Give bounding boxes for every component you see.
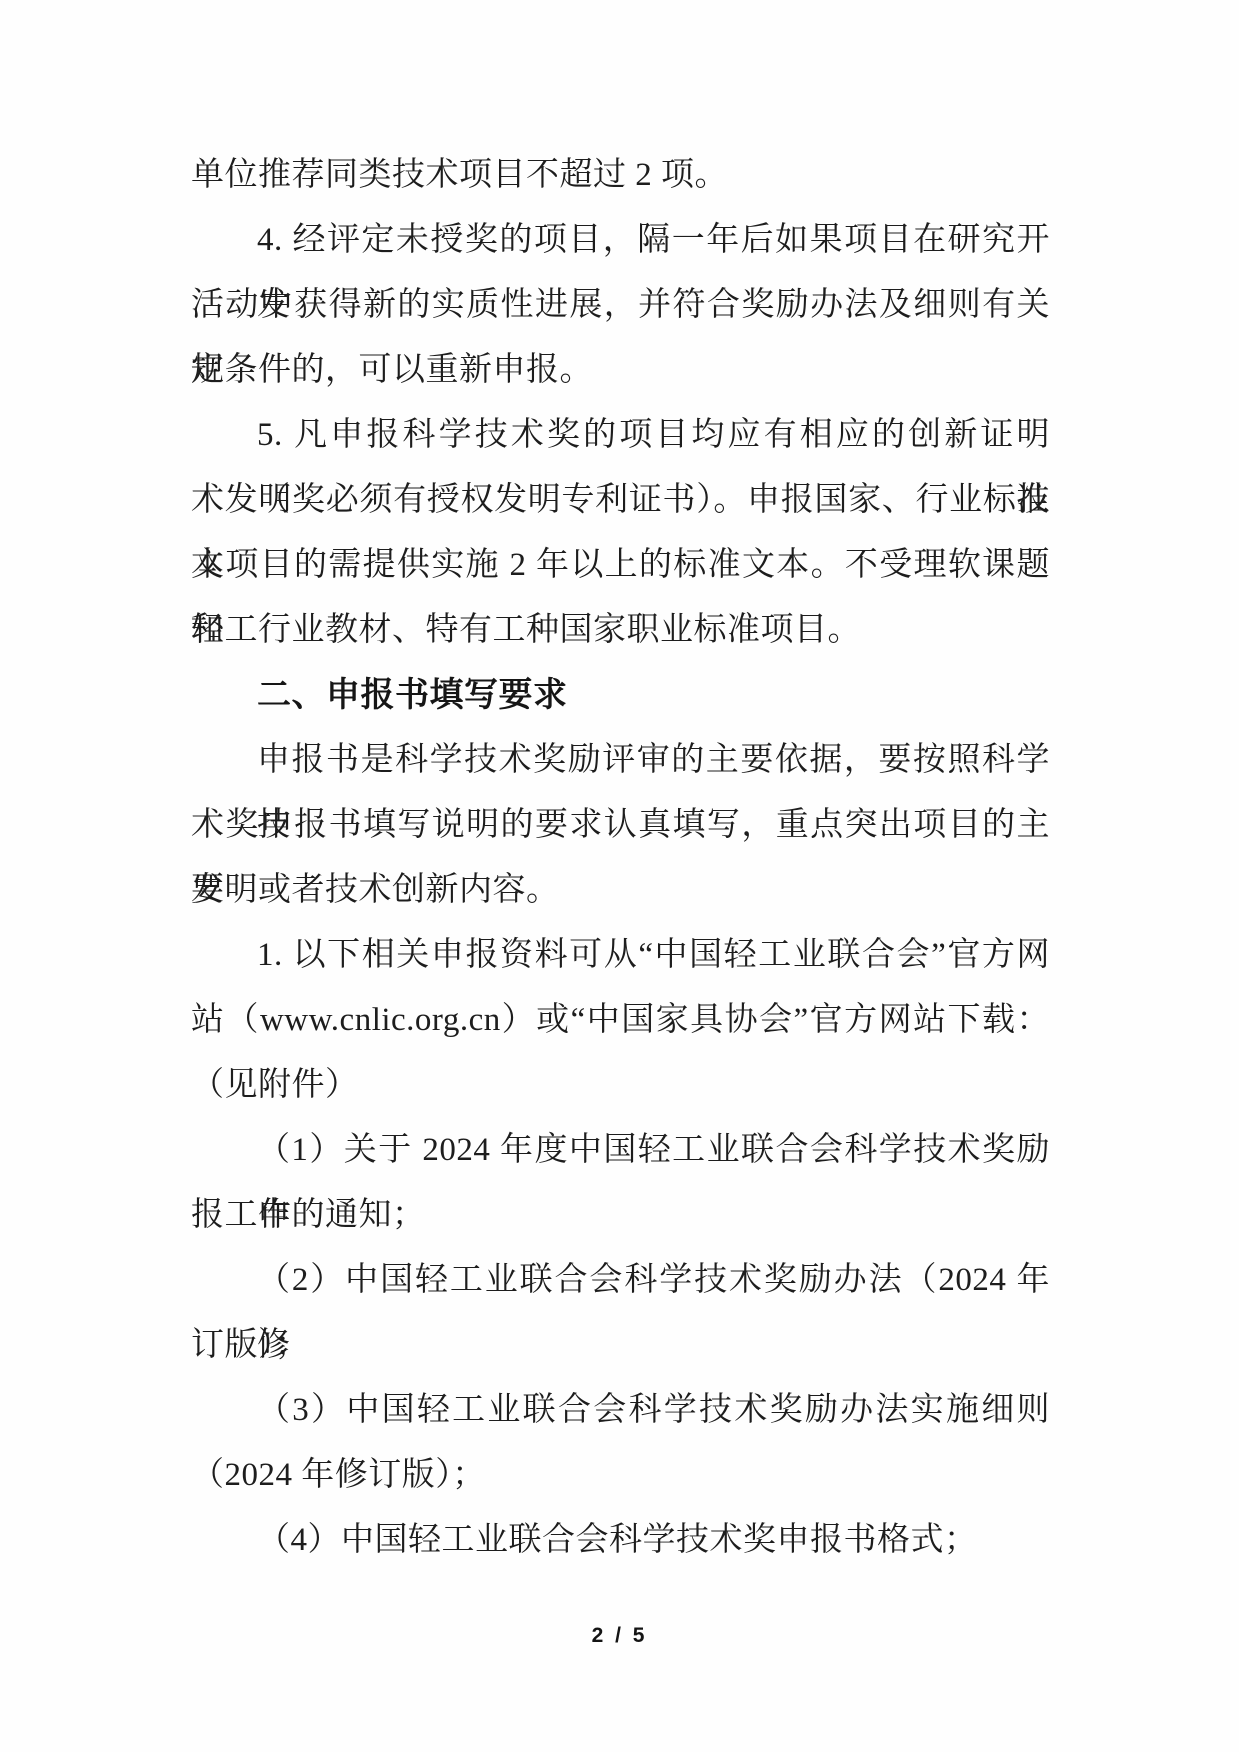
body-line: 4. 经评定未授奖的项目，隔一年后如果项目在研究开发 — [191, 208, 1050, 273]
body-line: 定条件的，可以重新申报。 — [191, 338, 1050, 403]
attachment-item-line: （4）中国轻工业联合会科学技术奖申报书格式； — [191, 1508, 1050, 1573]
attachment-item-line: 报工作的通知； — [191, 1183, 1050, 1248]
body-line: 5. 凡申报科学技术奖的项目均应有相应的创新证明（技 — [191, 403, 1050, 468]
body-line: 术奖申报书填写说明的要求认真填写，重点突出项目的主要 — [191, 793, 1050, 858]
body-line-with-url: 站（www.cnlic.org.cn）或“中国家具协会”官方网站下载： — [191, 988, 1050, 1053]
body-line: 活动中获得新的实质性进展，并符合奖励办法及细则有关规 — [191, 273, 1050, 338]
body-line: 术发明奖必须有授权发明专利证书）。申报国家、行业标准文 — [191, 468, 1050, 533]
body-line: 轻工行业教材、特有工种国家职业标准项目。 — [191, 598, 1050, 663]
body-line: 单位推荐同类技术项目不超过 2 项。 — [191, 143, 1050, 208]
body-line: （见附件） — [191, 1053, 1050, 1118]
document-body: 单位推荐同类技术项目不超过 2 项。 4. 经评定未授奖的项目，隔一年后如果项目… — [191, 143, 1050, 1573]
body-line: 1. 以下相关申报资料可从“中国轻工业联合会”官方网 — [191, 923, 1050, 988]
attachment-item-line: （3）中国轻工业联合会科学技术奖励办法实施细则 — [191, 1378, 1050, 1443]
section-heading: 二、申报书填写要求 — [191, 663, 1050, 728]
attachment-item-line: 订版）； — [191, 1313, 1050, 1378]
page-number: 2 / 5 — [0, 1616, 1239, 1656]
body-line: 申报书是科学技术奖励评审的主要依据，要按照科学技 — [191, 728, 1050, 793]
attachment-item-line: （2024 年修订版）； — [191, 1443, 1050, 1508]
attachment-item-line: （1）关于 2024 年度中国轻工业联合会科学技术奖励申 — [191, 1118, 1050, 1183]
body-line: 发明或者技术创新内容。 — [191, 858, 1050, 923]
body-line: 本项目的需提供实施 2 年以上的标准文本。不受理软课题和 — [191, 533, 1050, 598]
document-page: 单位推荐同类技术项目不超过 2 项。 4. 经评定未授奖的项目，隔一年后如果项目… — [0, 0, 1239, 1752]
attachment-item-line: （2）中国轻工业联合会科学技术奖励办法（2024 年修 — [191, 1248, 1050, 1313]
